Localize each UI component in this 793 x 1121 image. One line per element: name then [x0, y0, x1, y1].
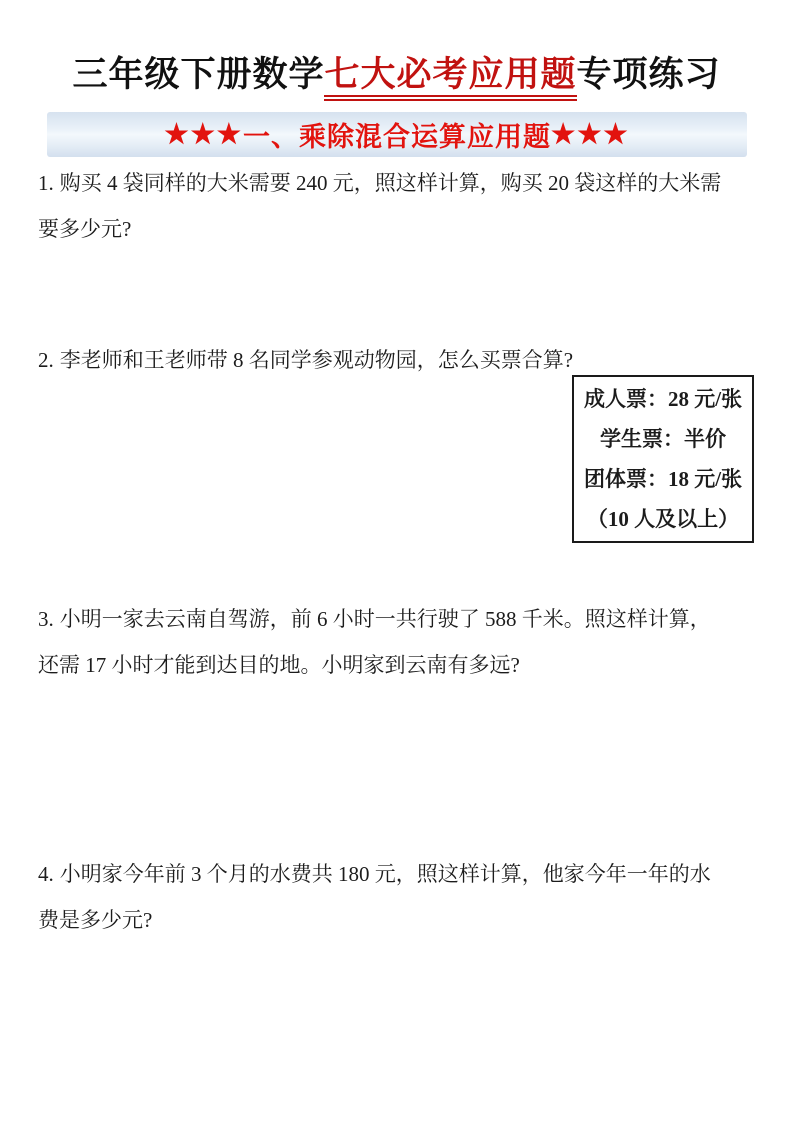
ticket-line-group-note: （10 人及以上）: [587, 499, 739, 539]
ticket-line-student: 学生票：半价: [600, 419, 726, 459]
worksheet-page: 三年级下册数学七大必考应用题专项练习 ★★★ 一、乘除混合运算应用题 ★★★ 1…: [0, 0, 793, 1121]
problem-4: 4.小明家今年前 3 个月的水费共 180 元，照这样计算，他家今年一年的水 费…: [38, 851, 764, 943]
problem-4-text: 小明家今年前 3 个月的水费共 180 元，照这样计算，他家今年一年的水 费是多…: [38, 862, 711, 932]
section-banner-label: 一、乘除混合运算应用题: [243, 115, 551, 154]
ticket-line-group: 团体票：18 元/张: [584, 459, 742, 499]
problem-3-number: 3.: [38, 607, 60, 631]
problem-2-number: 2.: [38, 348, 60, 372]
problem-3-text: 小明一家去云南自驾游，前 6 小时一共行驶了 588 千米。照这样计算， 还需 …: [38, 607, 711, 677]
ticket-line-adult: 成人票：28 元/张: [584, 379, 742, 419]
ticket-price-box: 成人票：28 元/张 学生票：半价 团体票：18 元/张 （10 人及以上）: [572, 375, 754, 543]
problem-3: 3.小明一家去云南自驾游，前 6 小时一共行驶了 588 千米。照这样计算， 还…: [38, 596, 764, 688]
page-title: 三年级下册数学七大必考应用题专项练习: [0, 50, 793, 100]
problem-1-text: 购买 4 袋同样的大米需要 240 元，照这样计算，购买 20 袋这样的大米需 …: [38, 171, 721, 241]
page-title-suffix: 专项练习: [577, 55, 721, 94]
problem-1: 1.购买 4 袋同样的大米需要 240 元，照这样计算，购买 20 袋这样的大米…: [38, 160, 764, 252]
problem-1-number: 1.: [38, 171, 60, 195]
section-banner: ★★★ 一、乘除混合运算应用题 ★★★: [47, 112, 747, 157]
problem-4-number: 4.: [38, 862, 60, 886]
page-title-highlight: 七大必考应用题: [324, 55, 576, 101]
stars-right-icon: ★★★: [551, 119, 630, 150]
stars-left-icon: ★★★: [164, 119, 243, 150]
problem-2-text: 李老师和王老师带 8 名同学参观动物园，怎么买票合算?: [60, 348, 573, 372]
page-title-prefix: 三年级下册数学: [72, 55, 324, 94]
